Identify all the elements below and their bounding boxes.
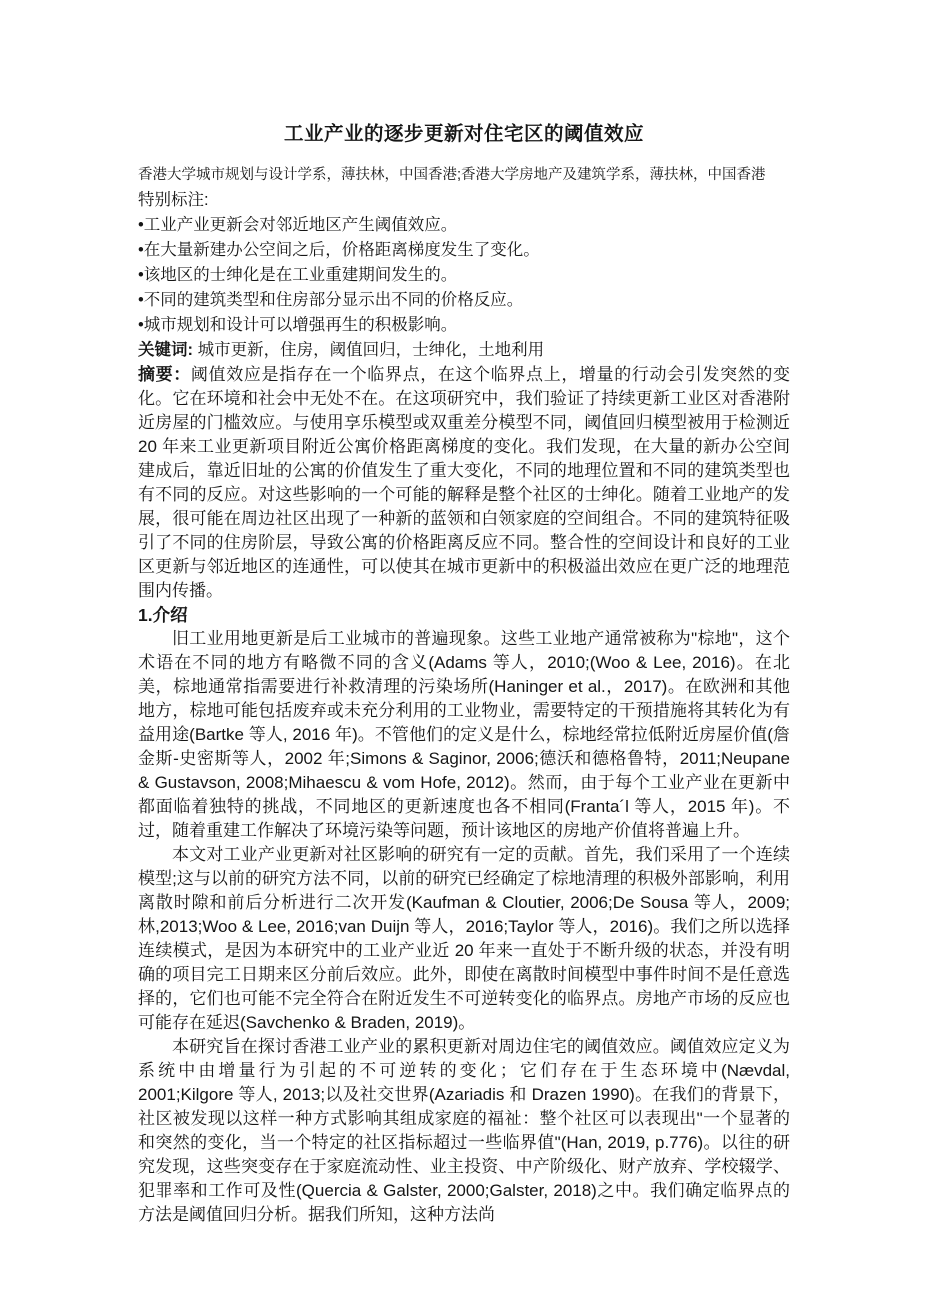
- paper-title: 工业产业的逐步更新对住宅区的阈值效应: [138, 122, 790, 146]
- abstract-text: 阈值效应是指存在一个临界点，在这个临界点上，增量的行动会引发突然的变化。它在环境…: [138, 365, 790, 600]
- body-text-block: 摘要：阈值效应是指存在一个临界点，在这个临界点上，增量的行动会引发突然的变化。它…: [138, 363, 790, 1227]
- paper-page: 工业产业的逐步更新对住宅区的阈值效应 香港大学城市规划与设计学系，薄扶林，中国香…: [0, 0, 926, 1309]
- highlight-item: •该地区的士绅化是在工业重建期间发生的。: [138, 263, 790, 288]
- intro-paragraph-3: 本研究旨在探讨香港工业产业的累积更新对周边住宅的阈值效应。阈值效应定义为系统中由…: [138, 1035, 790, 1227]
- highlights-label: 特别标注:: [138, 188, 790, 213]
- keywords-line: 关键词: 城市更新，住房，阈值回归，士绅化，土地利用: [138, 338, 790, 363]
- highlight-item: •不同的建筑类型和住房部分显示出不同的价格反应。: [138, 288, 790, 313]
- highlight-item: •工业产业更新会对邻近地区产生阈值效应。: [138, 213, 790, 238]
- intro-paragraph-2: 本文对工业产业更新对社区影响的研究有一定的贡献。首先，我们采用了一个连续模型;这…: [138, 843, 790, 1035]
- highlight-item: •城市规划和设计可以增强再生的积极影响。: [138, 313, 790, 338]
- keywords-text: 城市更新，住房，阈值回归，士绅化，土地利用: [193, 341, 544, 359]
- author-affiliation: 香港大学城市规划与设计学系，薄扶林，中国香港;香港大学房地产及建筑学系，薄扶林，…: [138, 163, 790, 188]
- intro-paragraph-1: 旧工业用地更新是后工业城市的普遍现象。这些工业地产通常被称为"棕地"，这个术语在…: [138, 627, 790, 843]
- abstract-paragraph: 摘要：阈值效应是指存在一个临界点，在这个临界点上，增量的行动会引发突然的变化。它…: [138, 363, 790, 603]
- section-heading-introduction: 1.介绍: [138, 603, 790, 627]
- highlight-item: •在大量新建办公空间之后，价格距离梯度发生了变化。: [138, 238, 790, 263]
- abstract-label: 摘要：: [138, 365, 191, 384]
- frontmatter-block: 特别标注: •工业产业更新会对邻近地区产生阈值效应。 •在大量新建办公空间之后，…: [138, 188, 790, 363]
- keywords-label: 关键词:: [138, 341, 193, 359]
